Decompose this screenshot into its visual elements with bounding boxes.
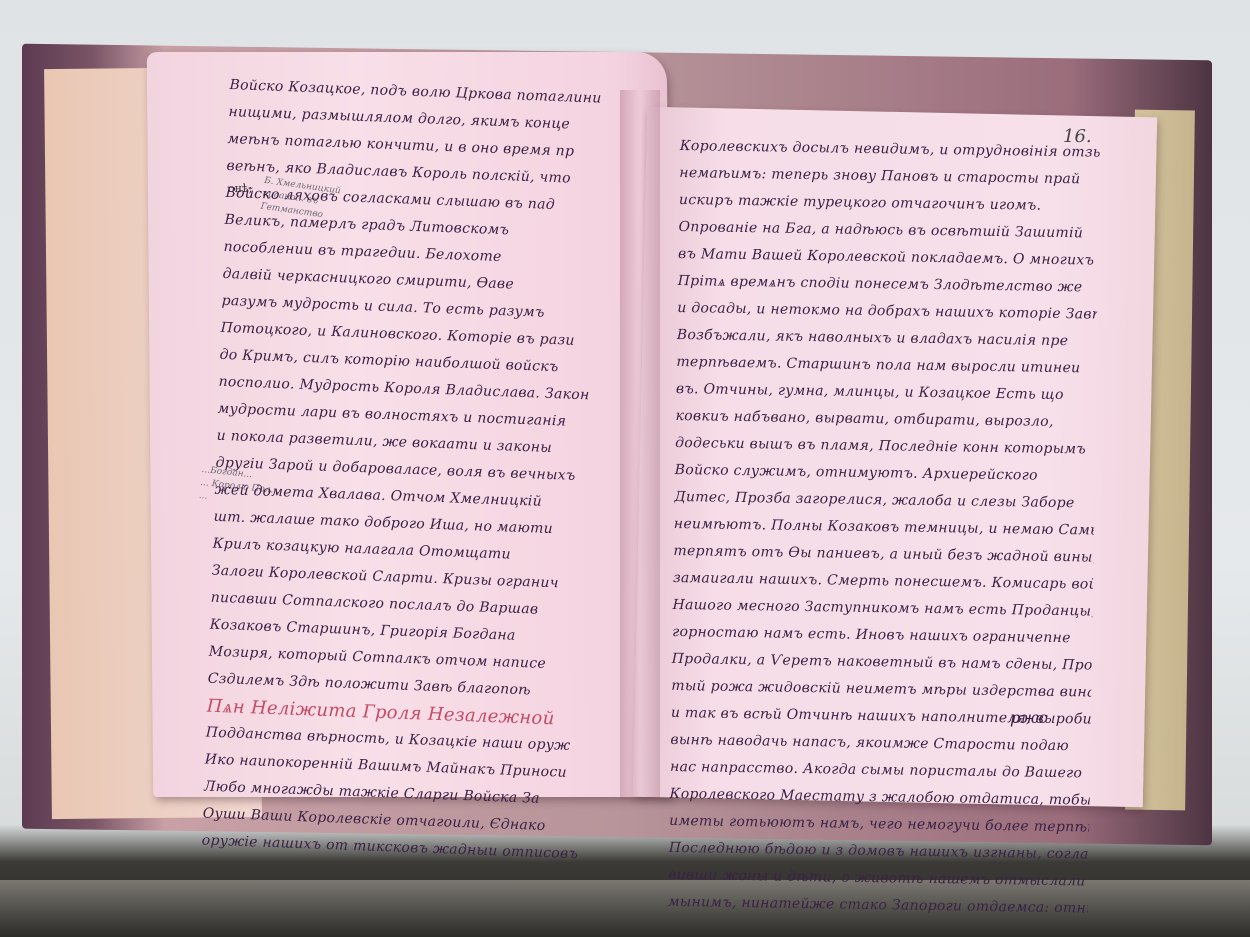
left-page-text: Войско Козацкое, подъ волю Цркова потагл… [201, 72, 659, 870]
right-page-text: Королевскихъ досылъ невидимъ, и отруднов… [668, 133, 1100, 923]
catchword: ржс [1010, 708, 1047, 727]
